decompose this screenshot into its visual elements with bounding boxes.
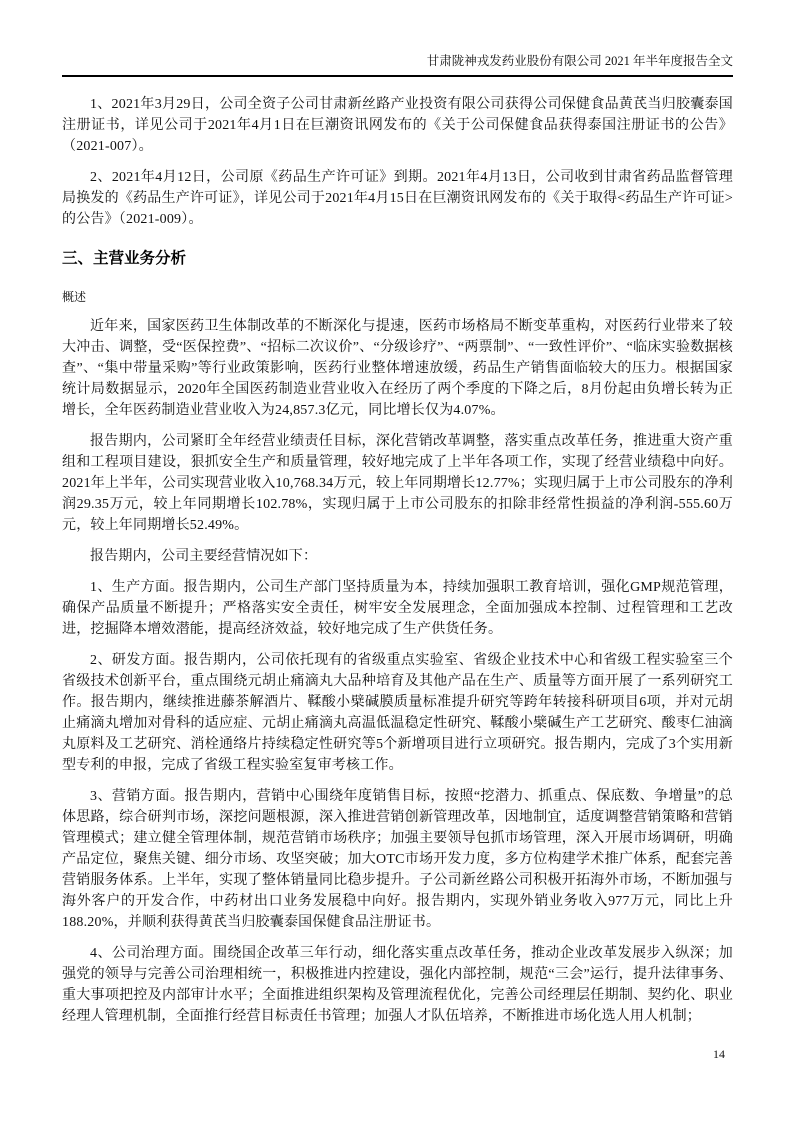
paragraph-operations-intro: 报告期内，公司主要经营情况如下：: [62, 546, 733, 567]
paragraph-corporate-governance: 4、公司治理方面。围绕国企改革三年行动，细化落实重点改革任务，推动企业改革发展步…: [62, 943, 733, 1027]
report-header-title: 甘肃陇神戎发药业股份有限公司 2021 年半年度报告全文: [427, 54, 733, 68]
intro-paragraph-2: 2、2021年4月12日，公司原《药品生产许可证》到期。2021年4月13日，公…: [62, 167, 733, 230]
paragraph-period-results: 报告期内，公司紧盯全年经营业绩责任目标，深化营销改革调整，落实重点改革任务，推进…: [62, 431, 733, 536]
overview-label: 概述: [62, 288, 733, 305]
page-footer: 14: [713, 1047, 725, 1062]
intro-paragraph-1: 1、2021年3月29日，公司全资子公司甘肃新丝路产业投资有限公司获得公司保健食…: [62, 94, 733, 157]
paragraph-marketing: 3、营销方面。报告期内，营销中心围绕年度销售目标，按照“挖潜力、抓重点、保底数、…: [62, 786, 733, 933]
paragraph-industry-overview: 近年来，国家医药卫生体制改革的不断深化与提速，医药市场格局不断变革重构，对医药行…: [62, 316, 733, 421]
page-header: 甘肃陇神戎发药业股份有限公司 2021 年半年度报告全文: [62, 52, 733, 77]
paragraph-production: 1、生产方面。报告期内，公司生产部门坚持质量为本，持续加强职工教育培训，强化GM…: [62, 577, 733, 640]
report-page: 甘肃陇神戎发药业股份有限公司 2021 年半年度报告全文 1、2021年3月29…: [0, 0, 793, 1122]
page-number: 14: [713, 1047, 725, 1061]
section-heading-main-business-analysis: 三、主营业务分析: [62, 246, 733, 268]
paragraph-research-development: 2、研发方面。报告期内，公司依托现有的省级重点实验室、省级企业技术中心和省级工程…: [62, 650, 733, 776]
page-content: 1、2021年3月29日，公司全资子公司甘肃新丝路产业投资有限公司获得公司保健食…: [62, 77, 733, 1027]
